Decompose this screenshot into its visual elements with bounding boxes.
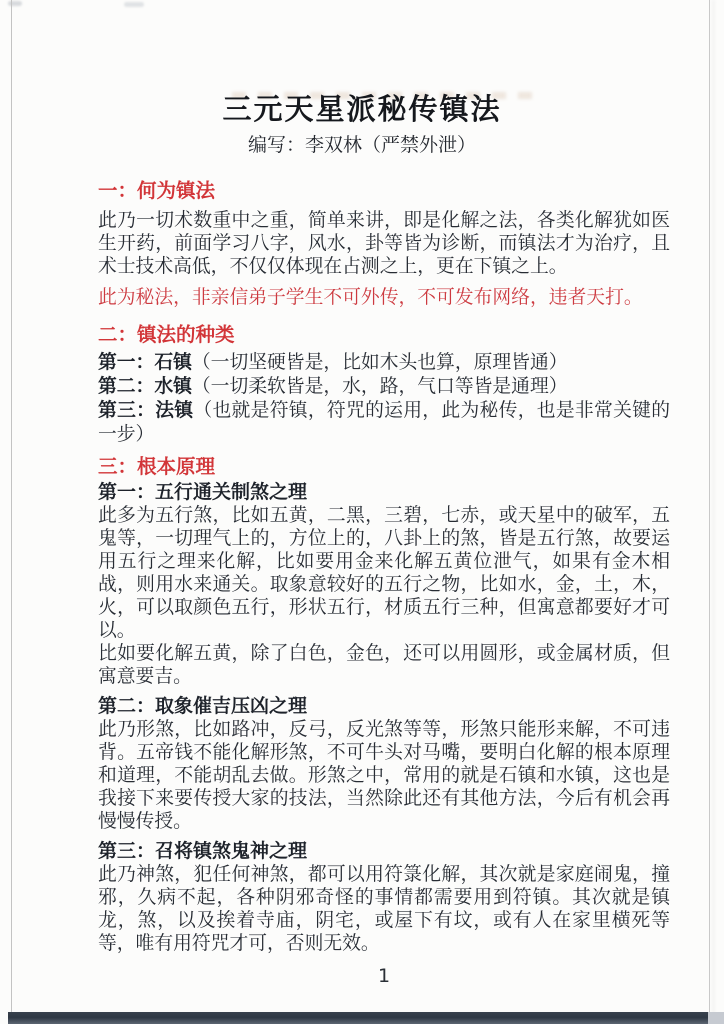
item-text: （一切柔软皆是，水，路，气口等皆是通理） xyxy=(192,376,568,397)
paragraph: 比如要化解五黄，除了白色，金色，还可以用圆形，或金属材质，但寓意要吉。 xyxy=(98,642,670,688)
paragraph: 此乃神煞，犯任何神煞，都可以用符箓化解，其次就是家庭闹鬼，撞邪，久病不起，各种阴… xyxy=(98,863,670,955)
body-column: 一：何为镇法 此乃一切术数重中之重，简单来讲，即是化解之法，各类化解犹如医生开药… xyxy=(98,178,670,988)
page-title: 三元天星派秘传镇法 xyxy=(0,90,724,128)
town-method-kind-list: 第一：石镇（一切坚硬皆是，比如木头也算，原理皆通） 第二：水镇（一切柔软皆是，水… xyxy=(98,351,670,447)
subsection-heading-1: 第一：五行通关制煞之理 xyxy=(98,480,670,504)
item-label: 第二：水镇 xyxy=(98,376,192,397)
subsection-heading-3: 第三：召将镇煞鬼神之理 xyxy=(98,839,670,863)
page-number: 1 xyxy=(98,965,670,988)
list-item: 第二：水镇（一切柔软皆是，水，路，气口等皆是通理） xyxy=(98,375,670,399)
paragraph: 此多为五行煞，比如五黄，二黑，三碧，七赤，或天星中的破军，五鬼等，一切理气上的，… xyxy=(98,504,670,642)
document-page: 三元天星派秘传镇法 编写：李双林（严禁外泄） 一：何为镇法 此乃一切术数重中之重… xyxy=(0,0,724,1024)
item-label: 第三：法镇 xyxy=(98,400,193,421)
paragraph: 此乃一切术数重中之重，简单来讲，即是化解之法，各类化解犹如医生开药，前面学习八字… xyxy=(98,209,670,278)
item-text: （一切坚硬皆是，比如木头也算，原理皆通） xyxy=(192,352,568,373)
item-label: 第一：石镇 xyxy=(98,352,192,373)
list-item: 第一：石镇（一切坚硬皆是，比如木头也算，原理皆通） xyxy=(98,351,670,375)
section-heading-1: 一：何为镇法 xyxy=(98,178,670,203)
subsection-heading-2: 第二：取象催吉压凶之理 xyxy=(98,694,670,718)
section-heading-2: 二：镇法的种类 xyxy=(98,322,670,347)
secrecy-warning: 此为秘法，非亲信弟子学生不可外传，不可发布网络，违者天打。 xyxy=(98,286,670,309)
section-heading-3: 三：根本原理 xyxy=(98,454,670,479)
list-item: 第三：法镇（也就是符镇，符咒的运用，此为秘传，也是非常关键的一步） xyxy=(98,399,670,447)
byline: 编写：李双林（严禁外泄） xyxy=(0,133,724,158)
paragraph: 此乃形煞，比如路冲，反弓，反光煞等等，形煞只能形来解，不可违背。五帝钱不能化解形… xyxy=(98,718,670,833)
